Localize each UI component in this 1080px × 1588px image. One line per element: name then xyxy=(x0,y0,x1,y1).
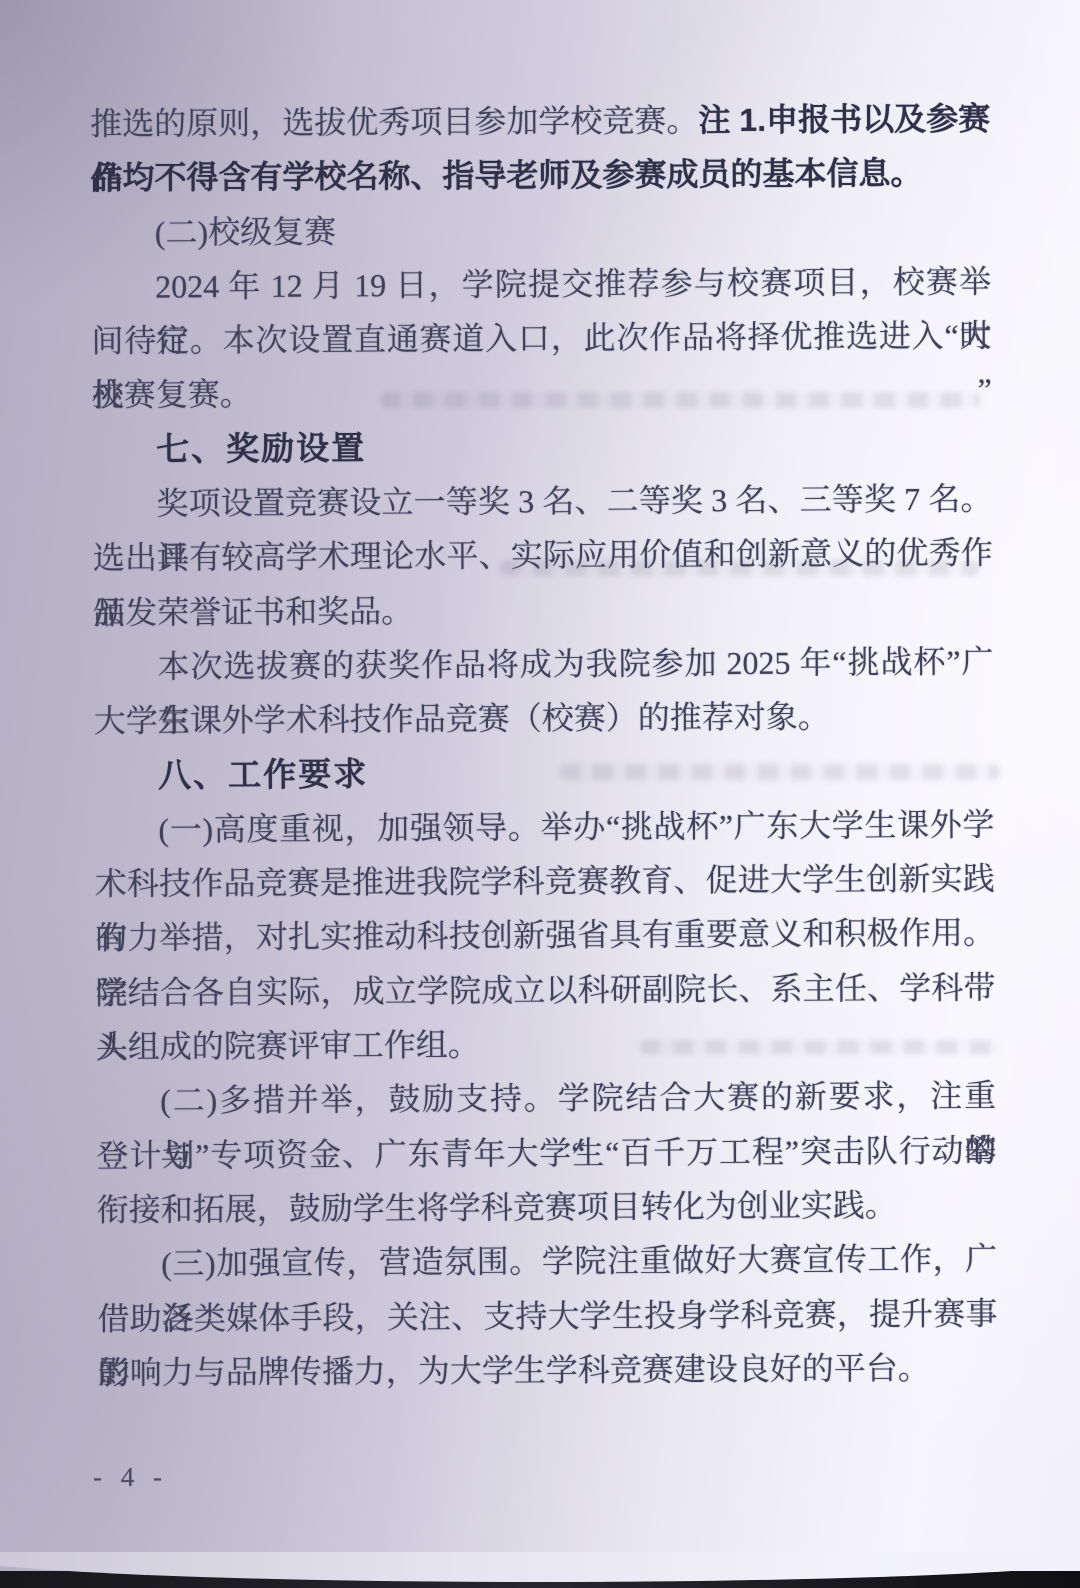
section-heading: 七、奖励设置 xyxy=(92,417,992,477)
text-line: 品均不得含有学校名称、指导老师及参赛成员的基本信息。 xyxy=(90,146,990,206)
text-line: 人组成的院赛评审工作组。 xyxy=(96,1015,996,1075)
text-line: 2024 年 12 月 19 日，学院提交推荐参与校赛项目，校赛举行时 xyxy=(91,254,991,314)
text-line: (三)加强宣传，营造氛围。学院注重做好大赛宣传工作，广泛 xyxy=(97,1232,997,1292)
bold-text-run: 品均不得含有学校名称、指导老师及参赛成员的基本信息。 xyxy=(90,155,922,196)
text-line: 院结合各自实际，成立学院成立以科研副院长、系主任、学科带头 xyxy=(95,960,995,1020)
text-line: 有力举措，对扎实推动科技创新强省具有重要意义和积极作用。学 xyxy=(95,906,995,966)
text-run: 登计划”专项资金、广东青年大学生“百千万工程”突击队行动的 xyxy=(96,1132,996,1173)
document-lines: 推选的原则，选拔优秀项目参加学校竞赛。注 1.申报书以及参赛作品均不得含有学校名… xyxy=(90,92,998,1401)
text-run: (二)校级复赛 xyxy=(155,213,337,250)
text-run: 衔接和拓展，鼓励学生将学科竞赛项目转化为创业实践。 xyxy=(97,1187,897,1228)
page-number: - 4 - xyxy=(93,1462,168,1493)
document-page-photo: 推选的原则，选拔优秀项目参加学校竞赛。注 1.申报书以及参赛作品均不得含有学校名… xyxy=(0,0,1080,1588)
text-run: 颁发荣誉证书和奖品。 xyxy=(93,593,413,631)
text-run: 推选的原则，选拔优秀项目参加学校竞赛。 xyxy=(90,102,698,142)
text-line: 登计划”专项资金、广东青年大学生“百千万工程”突击队行动的 xyxy=(96,1123,996,1183)
text-line: (二)多措并举，鼓励支持。学院结合大赛的新要求，注重与“攀 xyxy=(96,1069,996,1129)
text-line: 推选的原则，选拔优秀项目参加学校竞赛。注 1.申报书以及参赛作 xyxy=(90,92,990,152)
text-line: 本次选拔赛的获奖作品将成为我院参加 2025 年“挑战杯”广东 xyxy=(93,634,993,694)
text-line: (二)校级复赛 xyxy=(91,200,991,260)
text-run: 校赛复赛。 xyxy=(92,377,252,414)
text-run: (一)高度重视，加强领导。举办“挑战杯”广东大学生课外学 xyxy=(158,806,994,847)
text-line: 术科技作品竞赛是推进我院学科竞赛教育、促进大学生创新实践的 xyxy=(95,852,995,912)
text-line: 影响力与品牌传播力，为大学生学科竞赛建设良好的平台。 xyxy=(98,1340,998,1400)
text-line: 奖项设置竞赛设立一等奖 3 名、二等奖 3 名、三等奖 7 名。评 xyxy=(92,472,992,532)
text-line: 衔接和拓展，鼓励学生将学科竞赛项目转化为创业实践。 xyxy=(97,1177,997,1237)
text-run: 八、工作要求 xyxy=(158,755,368,793)
text-run: 大学生课外学术科技作品竞赛（校赛）的推荐对象。 xyxy=(94,699,830,739)
text-line: 颁发荣誉证书和奖品。 xyxy=(93,580,993,640)
section-heading: 八、工作要求 xyxy=(94,743,994,803)
text-run: 影响力与品牌传播力，为大学生学科竞赛建设良好的平台。 xyxy=(98,1350,930,1391)
text-run: 人组成的院赛评审工作组。 xyxy=(96,1027,480,1065)
text-line: 选出具有较高学术理论水平、实际应用价值和创新意义的优秀作品 xyxy=(93,526,993,586)
text-line: 借助各类媒体手段，关注、支持大学生投身学科竞赛，提升赛事的 xyxy=(97,1286,997,1346)
text-line: 大学生课外学术科技作品竞赛（校赛）的推荐对象。 xyxy=(94,689,994,749)
text-line: (一)高度重视，加强领导。举办“挑战杯”广东大学生课外学 xyxy=(94,797,994,857)
text-line: 间待定。本次设置直通赛道入口，此次作品将择优推选进入“大挑” xyxy=(91,309,991,369)
text-run: 七、奖励设置 xyxy=(156,429,366,467)
